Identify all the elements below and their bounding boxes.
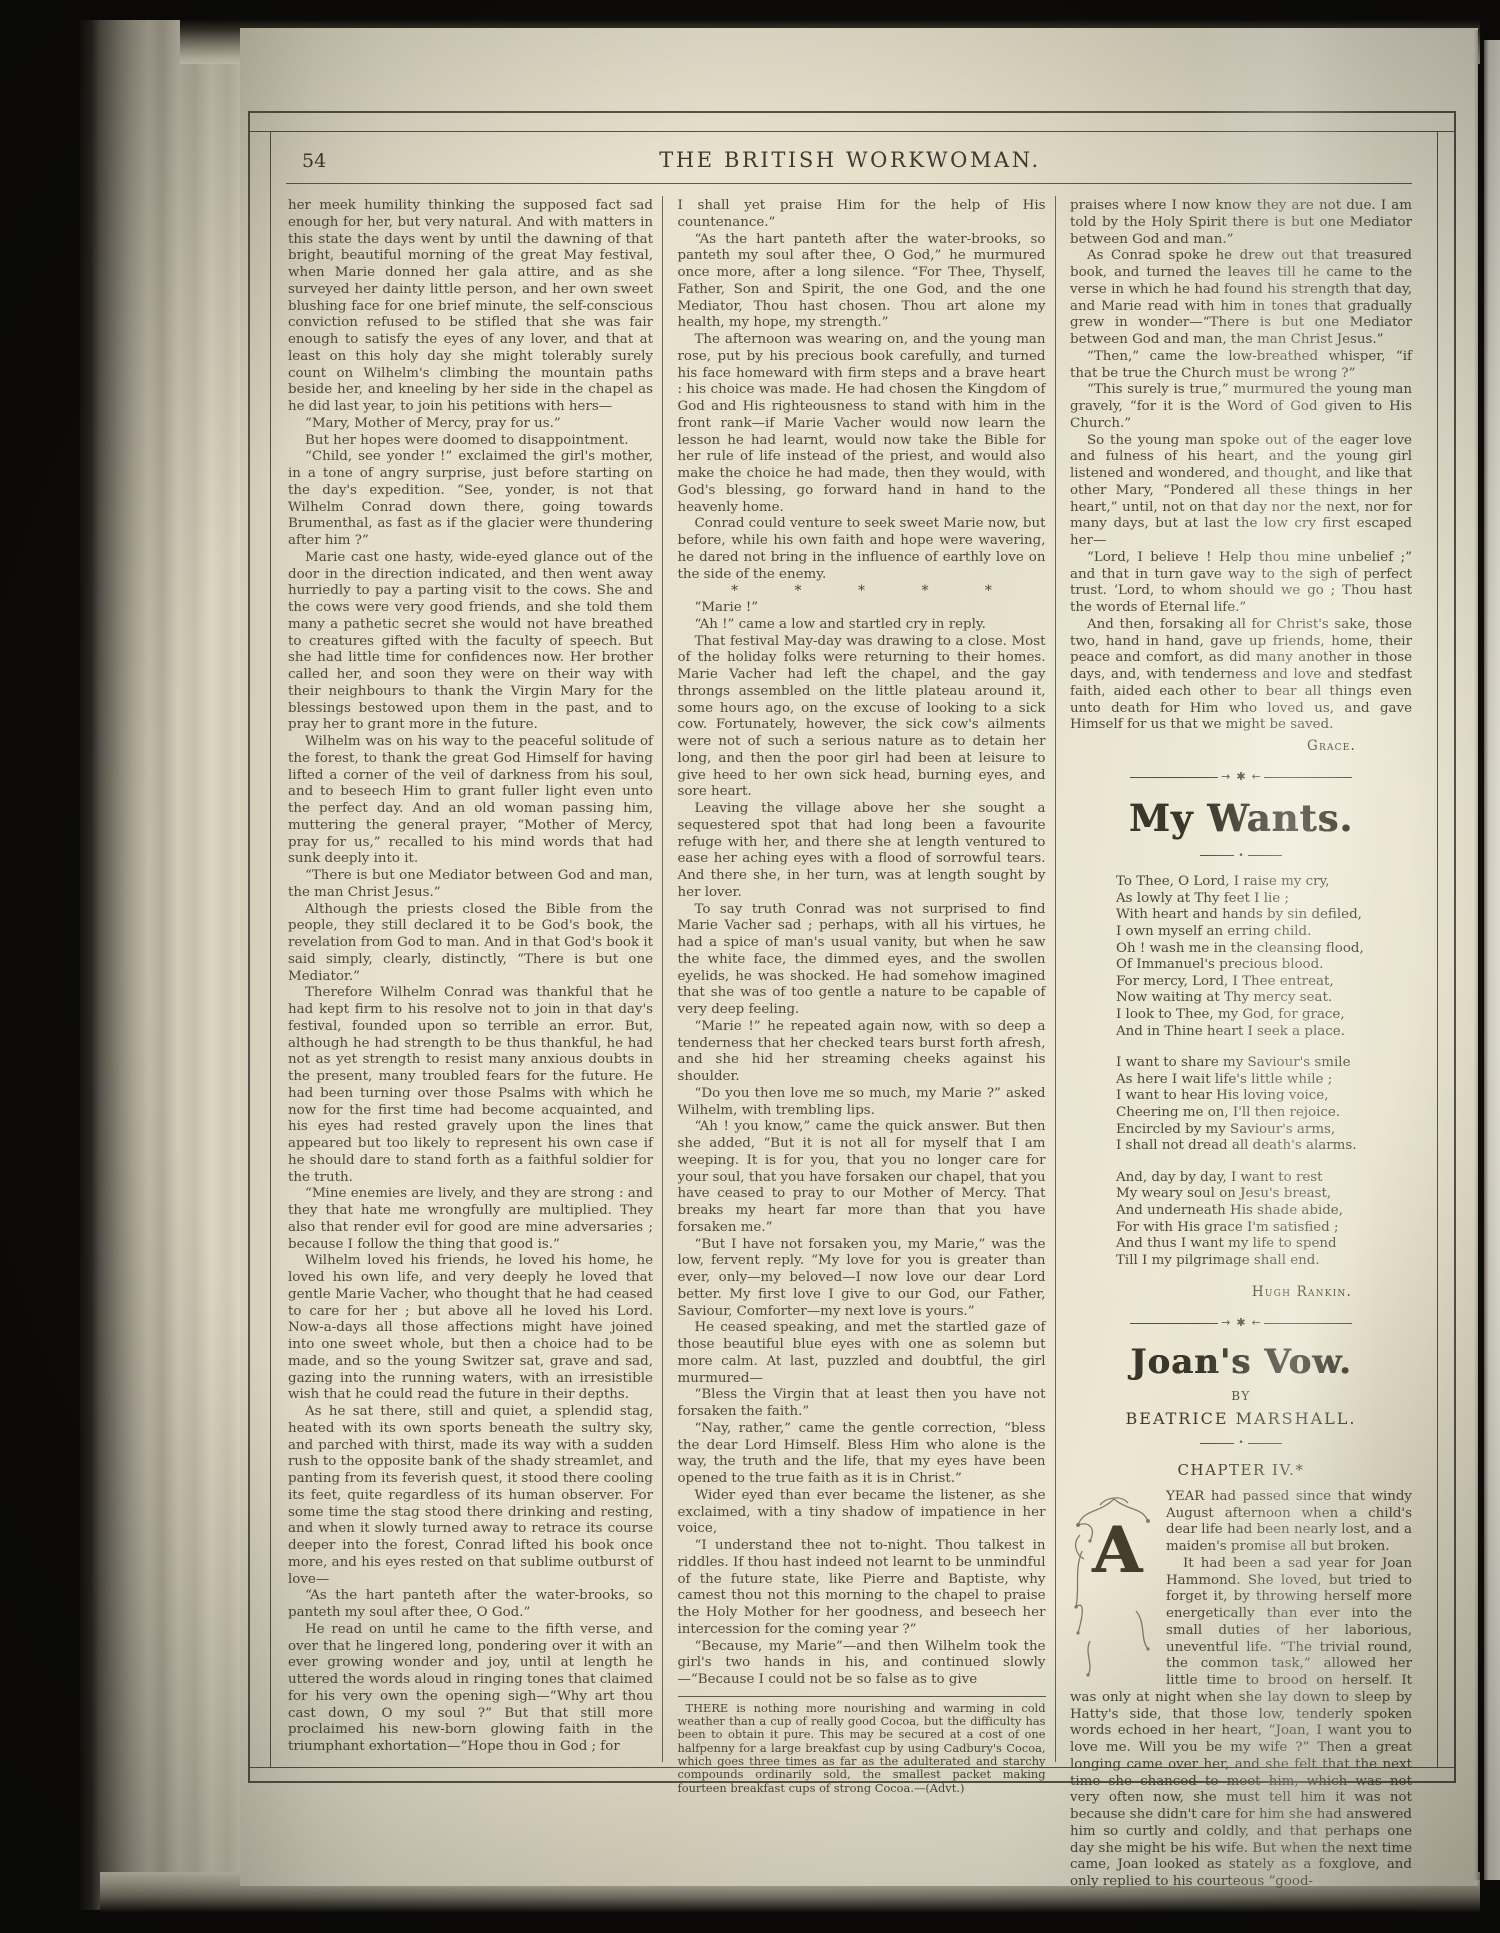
- paragraph: Wider eyed than ever became the listener…: [678, 1488, 1046, 1538]
- divider-line: [1200, 855, 1234, 856]
- paragraph: That festival May-day was drawing to a c…: [678, 634, 1046, 802]
- paragraph: “This surely is true,” murmured the youn…: [1070, 382, 1412, 432]
- frame-rule: [1454, 111, 1456, 1783]
- frame-rule: [248, 111, 250, 1783]
- paragraph: Wilhelm was on his way to the peaceful s…: [288, 734, 653, 868]
- column-3: praises where I now know they are not du…: [1070, 198, 1412, 1891]
- divider-arrow-right-icon: →: [1218, 769, 1233, 786]
- paragraph: “Mary, Mother of Mercy, pray for us.”: [288, 416, 653, 433]
- paragraph: praises where I now know they are not du…: [1070, 198, 1412, 248]
- advert-text: THERE is nothing more nourishing and war…: [678, 1702, 1046, 1795]
- paragraph: Therefore Wilhelm Conrad was thankful th…: [288, 985, 653, 1186]
- paragraph: Although the priests closed the Bible fr…: [288, 902, 653, 986]
- page-title: THE BRITISH WORKWOMAN.: [288, 148, 1412, 172]
- poem-stanza: To Thee, O Lord, I raise my cry, As lowl…: [1116, 874, 1412, 1040]
- paragraph: Marie cast one hasty, wide-eyed glance o…: [288, 550, 653, 734]
- paragraph: Wilhelm loved his friends, he loved his …: [288, 1253, 653, 1404]
- my-wants-poem: To Thee, O Lord, I raise my cry, As lowl…: [1116, 874, 1412, 1269]
- paragraph: “Child, see yonder !” exclaimed the girl…: [288, 449, 653, 550]
- paragraph: “Then,” came the low-breathed whisper, “…: [1070, 349, 1412, 383]
- adjacent-page-edge: [1484, 40, 1500, 1880]
- paragraph: “Nay, rather,” came the gentle correctio…: [678, 1421, 1046, 1488]
- paragraph: “Do you then love me so much, my Marie ?…: [678, 1086, 1046, 1120]
- paragraph: “Ah !” came a low and startled cry in re…: [678, 617, 1046, 634]
- paragraph: As Conrad spoke he drew out that treasur…: [1070, 248, 1412, 349]
- divider-line: [1248, 855, 1282, 856]
- divider-line: [1248, 1443, 1282, 1444]
- paragraph: As he sat there, still and quiet, a sple…: [288, 1404, 653, 1588]
- heading-joans-vow: Joan's Vow.: [1070, 1342, 1412, 1382]
- byline-by: BY: [1070, 1388, 1412, 1405]
- paragraph: But her hopes were doomed to disappointm…: [288, 433, 653, 450]
- paragraph: The afternoon was wearing on, and the yo…: [678, 332, 1046, 516]
- divider-line: [1200, 1443, 1234, 1444]
- ornament-divider: → ✱ ←: [1070, 769, 1412, 786]
- paragraph: Leaving the village above her she sought…: [678, 801, 1046, 902]
- paragraph: “I understand thee not to-night. Thou ta…: [678, 1538, 1046, 1639]
- column-1-text: her meek humility thinking the supposed …: [288, 198, 653, 1756]
- column-3-text: praises where I now know they are not du…: [1070, 198, 1412, 734]
- chapter-heading: CHAPTER IV.*: [1070, 1462, 1412, 1479]
- column-1: her meek humility thinking the supposed …: [288, 198, 653, 1891]
- text-columns: her meek humility thinking the supposed …: [288, 198, 1412, 1891]
- book-photo: 54 THE BRITISH WORKWOMAN. her meek humil…: [0, 0, 1500, 1933]
- chapter-text: A YEAR had passed since that windy Augus…: [1070, 1489, 1412, 1891]
- divider-dot-icon: •: [1234, 1435, 1247, 1452]
- page-header: 54 THE BRITISH WORKWOMAN.: [288, 146, 1412, 176]
- paragraph: And then, forsaking all for Christ's sak…: [1070, 617, 1412, 734]
- divider-arrow-right-icon: →: [1218, 1315, 1233, 1332]
- decorated-initial: A: [1070, 1491, 1158, 1679]
- poem-stanza: And, day by day, I want to rest My weary…: [1116, 1170, 1412, 1270]
- paragraph: “But I have not forsaken you, my Marie,”…: [678, 1237, 1046, 1321]
- divider-line: [1264, 1323, 1352, 1324]
- frame-rule: [248, 131, 1456, 132]
- paragraph: “As the hart panteth after the water-bro…: [678, 232, 1046, 333]
- section-divider: •: [1070, 848, 1412, 865]
- divider-line: [1130, 1323, 1218, 1324]
- poem-stanza: I want to share my Saviour's smile As he…: [1116, 1055, 1412, 1155]
- ornament-divider: → ✱ ←: [1070, 1315, 1412, 1332]
- paragraph: her meek humility thinking the supposed …: [288, 198, 653, 416]
- frame-rule: [270, 131, 271, 1768]
- paragraph: So the young man spoke out of the eager …: [1070, 433, 1412, 550]
- divider-fleuron-icon: ✱: [1233, 1315, 1248, 1332]
- paragraph: “There is but one Mediator between God a…: [288, 868, 653, 902]
- divider-arrow-left-icon: ←: [1249, 769, 1264, 786]
- frame-rule: [1437, 131, 1438, 1768]
- paragraph: “Ah ! you know,” came the quick answer. …: [678, 1119, 1046, 1236]
- divider-line: [1130, 777, 1218, 778]
- paragraph: “As the hart panteth after the water-bro…: [288, 1588, 653, 1622]
- book-page-edges-left: [80, 20, 244, 1910]
- divider-dot-icon: •: [1234, 848, 1247, 865]
- page-gutter-shadow: [1474, 30, 1484, 1880]
- paragraph: I shall yet praise Him for the help of H…: [678, 198, 1046, 232]
- divider-arrow-left-icon: ←: [1249, 1315, 1264, 1332]
- paragraph: “Bless the Virgin that at least then you…: [678, 1387, 1046, 1421]
- paragraph: “Because, my Marie”—and then Wilhelm too…: [678, 1639, 1046, 1689]
- column-2: I shall yet praise Him for the help of H…: [678, 198, 1046, 1891]
- cocoa-advertisement: THERE is nothing more nourishing and war…: [678, 1696, 1046, 1795]
- divider-fleuron-icon: ✱: [1233, 769, 1248, 786]
- paragraph: “Marie !” he repeated again now, with so…: [678, 1019, 1046, 1086]
- magazine-page: 54 THE BRITISH WORKWOMAN. her meek humil…: [240, 28, 1478, 1886]
- paragraph: He ceased speaking, and met the startled…: [678, 1320, 1046, 1387]
- section-divider: •: [1070, 1435, 1412, 1452]
- paragraph: “Lord, I believe ! Help thou mine unbeli…: [1070, 550, 1412, 617]
- paragraph: “Marie !”: [678, 600, 1046, 617]
- header-rule: [286, 183, 1412, 184]
- signature-grace: Grace.: [1070, 738, 1356, 755]
- frame-rule: [248, 111, 1456, 113]
- column-2-text: I shall yet praise Him for the help of H…: [678, 198, 1046, 1689]
- author-name: BEATRICE MARSHALL.: [1070, 1411, 1412, 1428]
- paragraph: * * * * *: [678, 583, 1046, 600]
- paragraph: To say truth Conrad was not surprised to…: [678, 902, 1046, 1019]
- divider-line: [1264, 777, 1352, 778]
- heading-my-wants: My Wants.: [1070, 796, 1412, 840]
- signature-hugh-rankin: Hugh Rankin.: [1070, 1284, 1352, 1301]
- drop-cap-letter: A: [1092, 1543, 1142, 1560]
- paragraph: He read on until he came to the fifth ve…: [288, 1622, 653, 1756]
- paragraph: Conrad could venture to seek sweet Marie…: [678, 516, 1046, 583]
- paragraph: “Mine enemies are lively, and they are s…: [288, 1186, 653, 1253]
